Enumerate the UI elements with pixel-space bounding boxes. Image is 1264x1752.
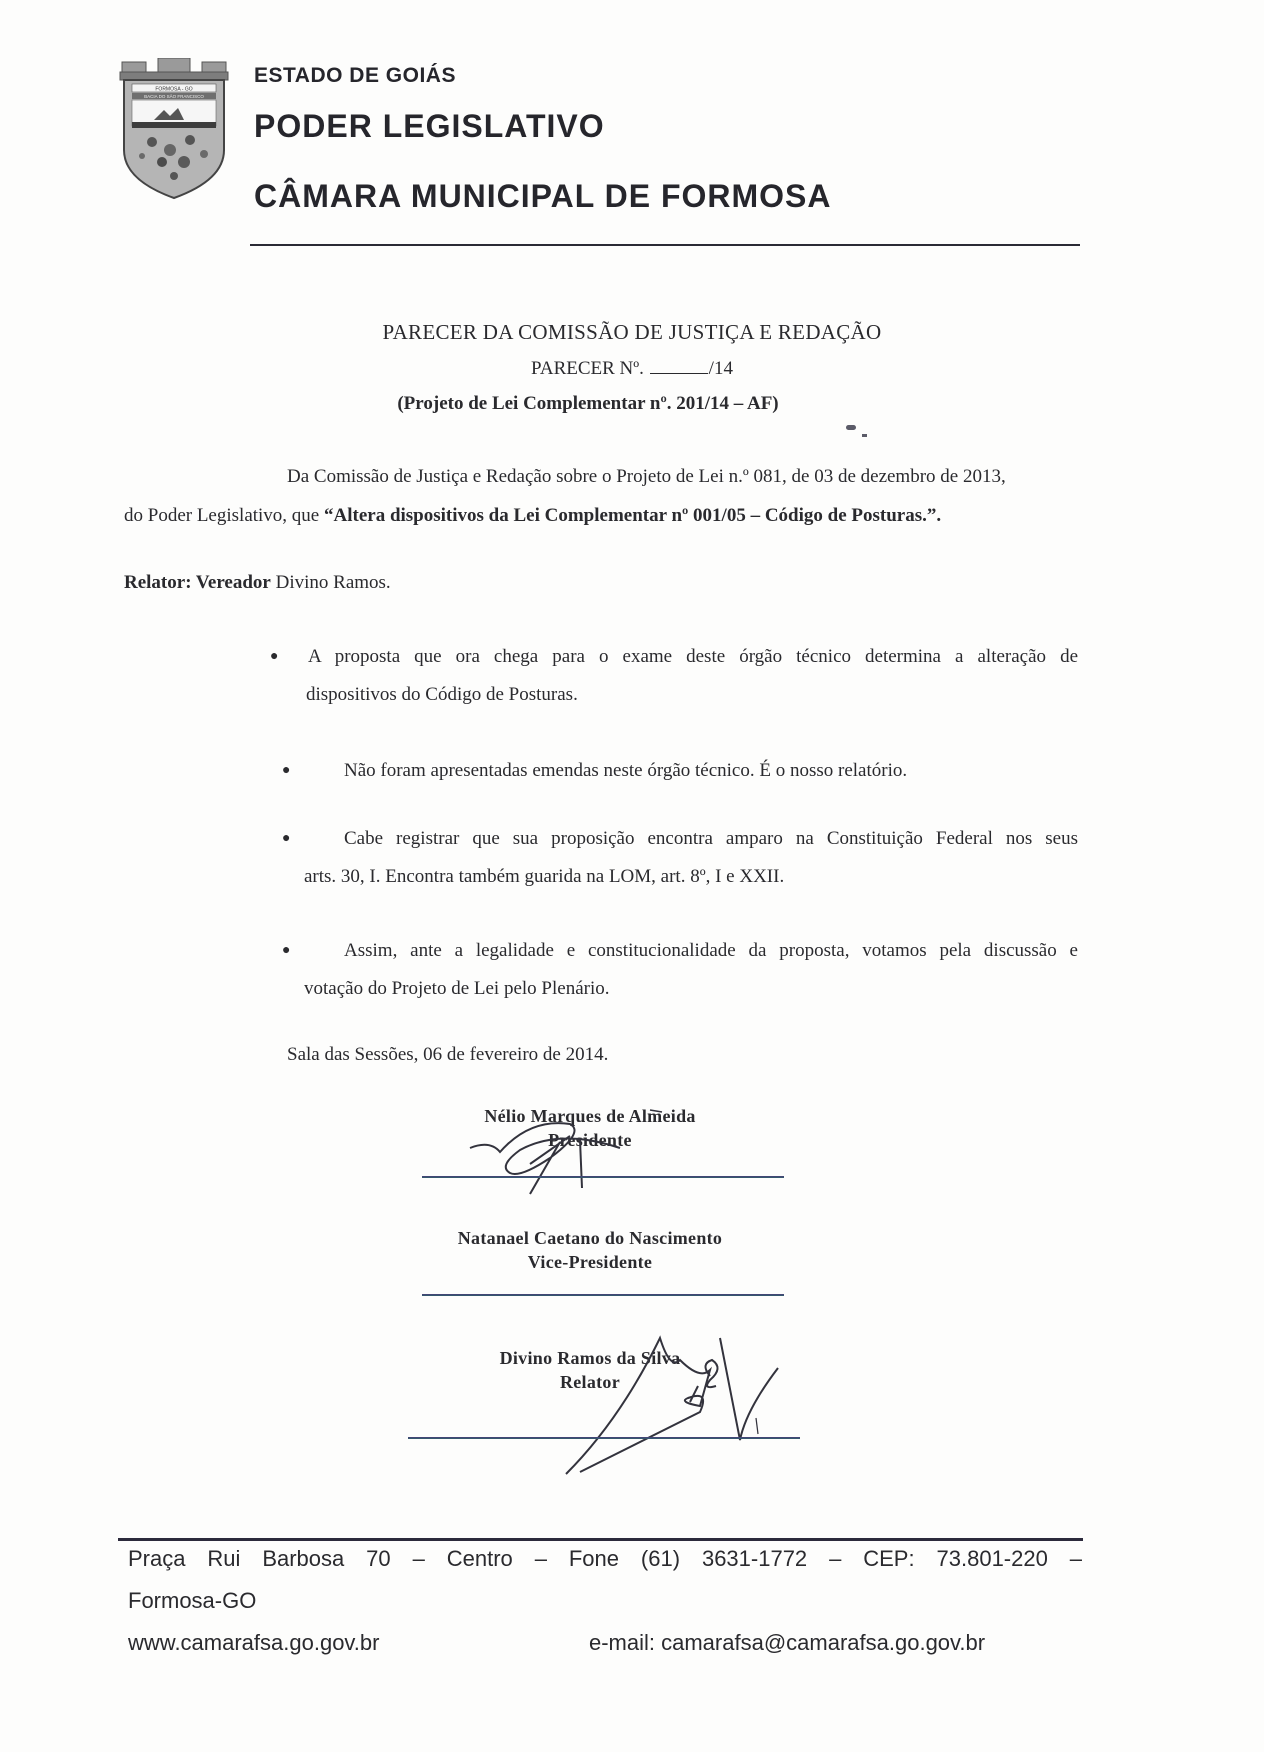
branch-heading: PODER LEGISLATIVO bbox=[254, 108, 605, 145]
document-title: PARECER DA COMISSÃO DE JUSTIÇA E REDAÇÃO bbox=[0, 320, 1264, 345]
bullet-text-line: Não foram apresentadas emendas neste órg… bbox=[344, 752, 1078, 790]
scan-speck bbox=[846, 425, 856, 430]
municipal-crest-logo: FORMOSA - GO BACIA DO SÃO FRANCISCO bbox=[118, 58, 230, 200]
signature-line bbox=[422, 1176, 784, 1178]
relator-label: Relator: Vereador bbox=[124, 572, 271, 593]
signatory-vice-president: Natanael Caetano do Nascimento Vice-Pres… bbox=[360, 1226, 820, 1274]
footer-divider bbox=[118, 1538, 1083, 1541]
bullet-item: ● A proposta que ora chega para o exame … bbox=[270, 638, 1078, 714]
bullet-dot-icon: ● bbox=[282, 932, 290, 970]
signature-line bbox=[408, 1437, 800, 1439]
place-date: Sala das Sessões, 06 de fevereiro de 201… bbox=[287, 1044, 608, 1066]
footer-email-link[interactable]: e-mail: camarafsa@camarafsa.go.gov.br bbox=[589, 1630, 985, 1656]
signatory-name: Natanael Caetano do Nascimento bbox=[360, 1226, 820, 1250]
handwritden-signature-relator bbox=[560, 1330, 780, 1480]
project-reference: (Projeto de Lei Complementar nº. 201/14 … bbox=[0, 393, 1220, 415]
bullet-dot-icon: ● bbox=[270, 638, 278, 676]
intro-line-1: Da Comissão de Justiça e Redação sobre o… bbox=[287, 466, 1006, 488]
bullet-item: ● Assim, ante a legalidade e constitucio… bbox=[282, 932, 1078, 1008]
parecer-number-blank bbox=[650, 359, 708, 374]
bullet-text-line: arts. 30, I. Encontra também guarida na … bbox=[304, 858, 1078, 896]
parecer-number-suffix: /14 bbox=[709, 358, 733, 379]
bullet-item: ● Cabe registrar que sua proposição enco… bbox=[282, 820, 1078, 896]
relator-line: Relator: Vereador Divino Ramos. bbox=[124, 572, 391, 594]
state-heading: ESTADO DE GOIÁS bbox=[254, 64, 456, 88]
footer-address: Praça Rui Barbosa 70 – Centro – Fone (61… bbox=[128, 1546, 1082, 1572]
intro-plain-text: do Poder Legislativo, que bbox=[124, 505, 324, 526]
bullet-text-line: votação do Projeto de Lei pelo Plenário. bbox=[304, 970, 1078, 1008]
bullet-text-line: Cabe registrar que sua proposição encont… bbox=[344, 820, 1078, 858]
svg-text:FORMOSA - GO: FORMOSA - GO bbox=[155, 87, 192, 93]
institution-heading: CÂMARA MUNICIPAL DE FORMOSA bbox=[254, 178, 832, 215]
intro-line-2: do Poder Legislativo, que “Altera dispos… bbox=[124, 505, 941, 527]
bullet-text-line: A proposta que ora chega para o exame de… bbox=[308, 638, 1078, 676]
bullet-item: ● Não foram apresentadas emendas neste ó… bbox=[282, 752, 1078, 790]
signature-line bbox=[422, 1294, 784, 1296]
footer-website-link[interactable]: www.camarafsa.go.gov.br bbox=[128, 1630, 379, 1656]
bullet-text-line: Assim, ante a legalidade e constituciona… bbox=[344, 932, 1078, 970]
bullet-text-line: dispositivos do Código de Posturas. bbox=[306, 676, 1078, 714]
relator-name: Divino Ramos. bbox=[271, 572, 391, 593]
parecer-number: PARECER Nº. /14 bbox=[0, 358, 1264, 380]
bullet-dot-icon: ● bbox=[282, 820, 290, 858]
signatory-role: Vice-Presidente bbox=[360, 1250, 820, 1274]
scan-speck bbox=[862, 434, 867, 437]
parecer-number-prefix: PARECER Nº. bbox=[531, 358, 644, 379]
svg-text:BACIA DO SÃO FRANCISCO: BACIA DO SÃO FRANCISCO bbox=[144, 93, 204, 99]
footer-city: Formosa-GO bbox=[128, 1588, 256, 1614]
header-divider bbox=[250, 244, 1080, 246]
bullet-dot-icon: ● bbox=[282, 752, 290, 790]
intro-law-title: “Altera dispositivos da Lei Complementar… bbox=[324, 505, 941, 526]
handwritten-signature-president bbox=[470, 1118, 640, 1198]
